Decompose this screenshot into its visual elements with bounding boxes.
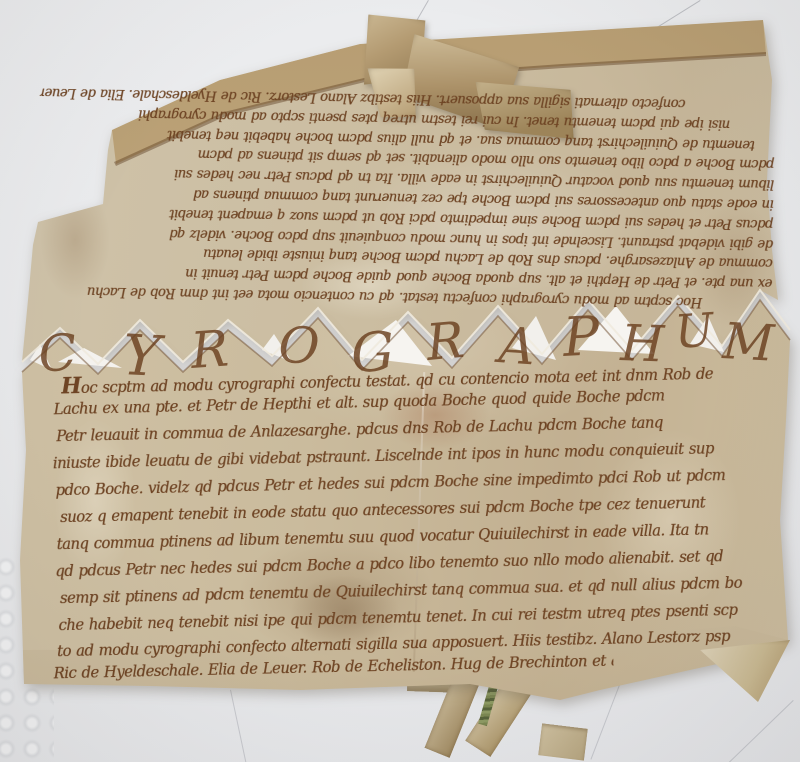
upper-text-block: Hoc scptm ad modu cyrographi confectu te… xyxy=(36,82,776,313)
lower-text-block: Hoc scptm ad modu cyrographi confectu te… xyxy=(47,350,784,678)
photo-of-parchment-chirograph: C Y R O G R A P H U M Hoc scptm ad modu … xyxy=(0,0,800,762)
